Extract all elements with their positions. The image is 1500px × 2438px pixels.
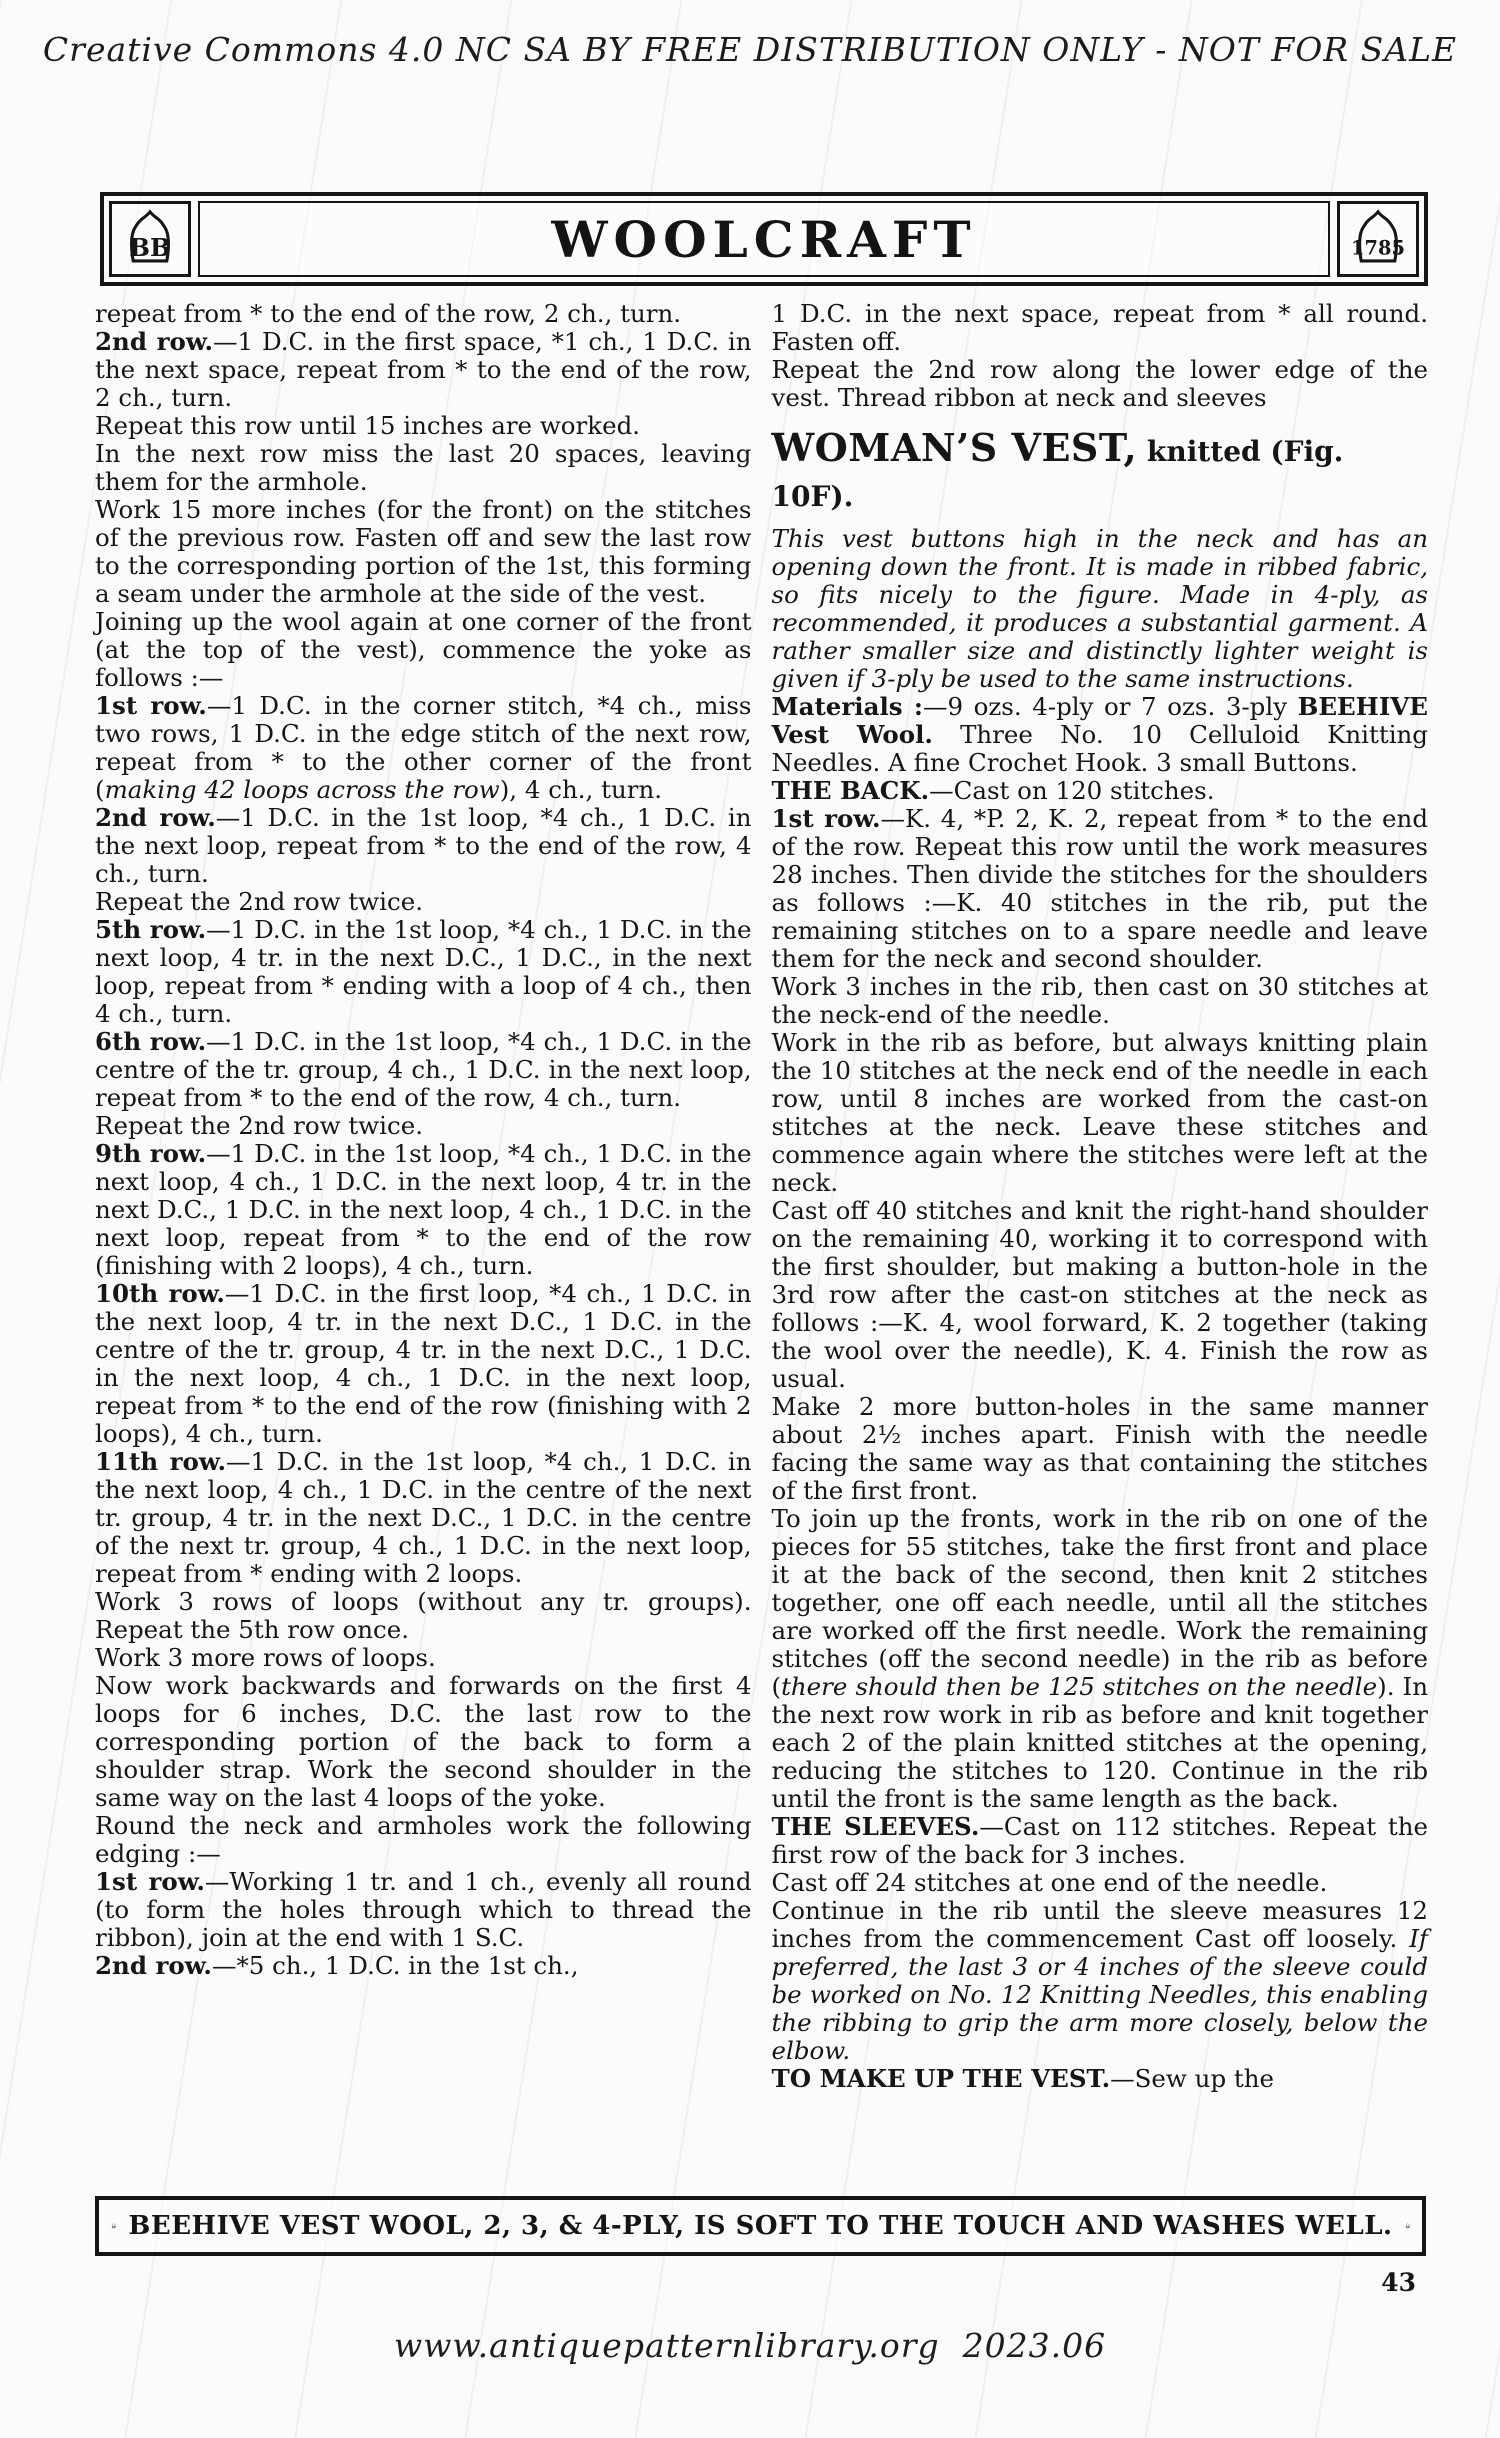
text-segment: ), 4 ch., turn. bbox=[500, 775, 662, 804]
text-segment: Work 15 more inches (for the front) on t… bbox=[95, 495, 752, 608]
paragraph: In the next row miss the last 20 spaces,… bbox=[95, 440, 752, 496]
paragraph: Work in the rib as before, but always kn… bbox=[772, 1029, 1429, 1197]
paragraph: Work 3 rows of loops (without any tr. gr… bbox=[95, 1588, 752, 1644]
text-segment: making 42 loops across the row bbox=[105, 775, 500, 804]
text-segment: Cast off 24 stitches at one end of the n… bbox=[772, 1868, 1328, 1897]
page-title: WOOLCRAFT bbox=[551, 210, 976, 269]
text-segment: Repeat the 2nd row along the lower edge … bbox=[772, 355, 1429, 412]
masthead: BB WOOLCRAFT 1785 bbox=[100, 192, 1428, 286]
text-segment: Continue in the rib until the sleeve mea… bbox=[772, 1896, 1429, 1953]
text-segment: 1st row. bbox=[95, 691, 207, 720]
masthead-title-cell: WOOLCRAFT bbox=[198, 201, 1330, 277]
paragraph: 9th row.—1 D.C. in the 1st loop, *4 ch.,… bbox=[95, 1140, 752, 1280]
text-segment: 1st row. bbox=[95, 1867, 205, 1896]
beehive-bb-logo-icon: BB bbox=[119, 208, 181, 270]
text-segment: Work in the rib as before, but always kn… bbox=[772, 1028, 1429, 1197]
text-segment: Joining up the wool again at one corner … bbox=[95, 607, 752, 692]
text-segment: 1 D.C. in the next space, repeat from * … bbox=[772, 299, 1429, 356]
paragraph: 10th row.—1 D.C. in the first loop, *4 c… bbox=[95, 1280, 752, 1448]
paragraph: Repeat the 2nd row along the lower edge … bbox=[772, 356, 1429, 412]
page-number: 43 bbox=[1381, 2268, 1416, 2297]
text-segment: Now work backwards and forwards on the f… bbox=[95, 1671, 752, 1812]
text-segment: Repeat the 2nd row twice. bbox=[95, 887, 423, 916]
text-segment: —Sew up the bbox=[1110, 2064, 1274, 2093]
text-segment: repeat from * to the end of the row, 2 c… bbox=[95, 299, 681, 328]
scanned-book-page: { "header": { "cc_notice": "Creative Com… bbox=[0, 0, 1500, 2438]
text-segment: Materials : bbox=[772, 692, 923, 721]
paragraph: THE BACK.—Cast on 120 stitches. bbox=[772, 777, 1429, 805]
page-body: repeat from * to the end of the row, 2 c… bbox=[95, 300, 1428, 2093]
svg-text:BB: BB bbox=[112, 2226, 116, 2228]
paragraph: Continue in the rib until the sleeve mea… bbox=[772, 1897, 1429, 2065]
paragraph: Repeat the 2nd row twice. bbox=[95, 1112, 752, 1140]
paragraph: repeat from * to the end of the row, 2 c… bbox=[95, 300, 752, 328]
paragraph: Work 15 more inches (for the front) on t… bbox=[95, 496, 752, 608]
text-segment: In the next row miss the last 20 spaces,… bbox=[95, 439, 752, 496]
paragraph: Joining up the wool again at one corner … bbox=[95, 608, 752, 692]
paragraph: 1st row.—1 D.C. in the corner stitch, *4… bbox=[95, 692, 752, 804]
text-segment: there should then be 125 stitches on the… bbox=[781, 1672, 1377, 1701]
paragraph: 2nd row.—*5 ch., 1 D.C. in the 1st ch., bbox=[95, 1952, 752, 1980]
text-segment: Work 3 inches in the rib, then cast on 3… bbox=[772, 972, 1429, 1029]
paragraph: To join up the fronts, work in the rib o… bbox=[772, 1505, 1429, 1813]
text-segment: 11th row. bbox=[95, 1447, 226, 1476]
text-segment: 2nd row. bbox=[95, 803, 216, 832]
left-column: repeat from * to the end of the row, 2 c… bbox=[95, 300, 752, 2093]
paragraph: Work 3 more rows of loops. bbox=[95, 1644, 752, 1672]
beehive-1785-logo: 1785 bbox=[1337, 201, 1419, 277]
text-segment: WOMAN’S VEST, bbox=[772, 425, 1138, 470]
beehive-bb-banner-icon-left: BB bbox=[111, 2206, 116, 2246]
beehive-banner: BB BEEHIVE VEST WOOL, 2, 3, & 4-PLY, IS … bbox=[95, 2196, 1426, 2256]
right-column: 1 D.C. in the next space, repeat from * … bbox=[772, 300, 1429, 2093]
paragraph: 11th row.—1 D.C. in the 1st loop, *4 ch.… bbox=[95, 1448, 752, 1588]
text-segment: Work 3 rows of loops (without any tr. gr… bbox=[95, 1587, 752, 1644]
text-segment: —*5 ch., 1 D.C. in the 1st ch., bbox=[212, 1951, 579, 1980]
text-segment: —Cast on 120 stitches. bbox=[929, 776, 1214, 805]
text-segment: 9th row. bbox=[95, 1139, 206, 1168]
beehive-1785-logo-icon: 1785 bbox=[1347, 208, 1409, 270]
banner-slogan: BEEHIVE VEST WOOL, 2, 3, & 4-PLY, IS SOF… bbox=[128, 2211, 1392, 2241]
text-segment: This vest buttons high in the neck and h… bbox=[772, 524, 1429, 693]
text-segment: Cast off 40 stitches and knit the right-… bbox=[772, 1196, 1429, 1393]
paragraph: 1st row.—Working 1 tr. and 1 ch., evenly… bbox=[95, 1868, 752, 1952]
paragraph: Round the neck and armholes work the fol… bbox=[95, 1812, 752, 1868]
archive-credit: www.antiquepatternlibrary.org 2023.06 bbox=[0, 2326, 1500, 2365]
paragraph: Work 3 inches in the rib, then cast on 3… bbox=[772, 973, 1429, 1029]
text-segment: TO MAKE UP THE VEST. bbox=[772, 2064, 1111, 2093]
text-segment: Make 2 more button-holes in the same man… bbox=[772, 1392, 1429, 1505]
paragraph: THE SLEEVES.—Cast on 112 stitches. Repea… bbox=[772, 1813, 1429, 1869]
paragraph: 2nd row.—1 D.C. in the first space, *1 c… bbox=[95, 328, 752, 412]
paragraph: Repeat the 2nd row twice. bbox=[95, 888, 752, 916]
paragraph: Materials :—9 ozs. 4-ply or 7 ozs. 3-ply… bbox=[772, 693, 1429, 777]
text-segment: 10th row. bbox=[95, 1279, 225, 1308]
text-segment: THE SLEEVES. bbox=[772, 1812, 980, 1841]
svg-text:BB: BB bbox=[129, 233, 170, 262]
text-segment: Work 3 more rows of loops. bbox=[95, 1643, 436, 1672]
paragraph: 6th row.—1 D.C. in the 1st loop, *4 ch.,… bbox=[95, 1028, 752, 1112]
beehive-bb-logo: BB bbox=[109, 201, 191, 277]
paragraph: 1 D.C. in the next space, repeat from * … bbox=[772, 300, 1429, 356]
svg-text:1785: 1785 bbox=[1351, 237, 1405, 260]
cc-distribution-notice: Creative Commons 4.0 NC SA BY FREE DISTR… bbox=[0, 30, 1500, 69]
svg-text:BB: BB bbox=[1406, 2226, 1410, 2228]
paragraph: Now work backwards and forwards on the f… bbox=[95, 1672, 752, 1812]
text-segment: —9 ozs. 4-ply or 7 ozs. 3-ply bbox=[923, 692, 1298, 721]
text-segment: 2nd row. bbox=[95, 1951, 212, 1980]
beehive-bb-banner-icon-right: BB bbox=[1405, 2206, 1410, 2246]
text-segment: Repeat this row until 15 inches are work… bbox=[95, 411, 640, 440]
paragraph: Repeat this row until 15 inches are work… bbox=[95, 412, 752, 440]
text-segment: THE BACK. bbox=[772, 776, 930, 805]
text-segment: Repeat the 2nd row twice. bbox=[95, 1111, 423, 1140]
paragraph: 2nd row.—1 D.C. in the 1st loop, *4 ch.,… bbox=[95, 804, 752, 888]
text-segment: 6th row. bbox=[95, 1027, 206, 1056]
paragraph: TO MAKE UP THE VEST.—Sew up the bbox=[772, 2065, 1429, 2093]
paragraph: 1st row.—K. 4, *P. 2, K. 2, repeat from … bbox=[772, 805, 1429, 973]
paragraph: Cast off 24 stitches at one end of the n… bbox=[772, 1869, 1429, 1897]
text-segment: 5th row. bbox=[95, 915, 206, 944]
text-segment: 2nd row. bbox=[95, 327, 213, 356]
section-heading: WOMAN’S VEST, knitted (Fig. 10F). bbox=[772, 426, 1429, 520]
paragraph: 5th row.—1 D.C. in the 1st loop, *4 ch.,… bbox=[95, 916, 752, 1028]
text-segment: 1st row. bbox=[772, 804, 881, 833]
paragraph: This vest buttons high in the neck and h… bbox=[772, 525, 1429, 693]
paragraph: Make 2 more button-holes in the same man… bbox=[772, 1393, 1429, 1505]
text-segment: Round the neck and armholes work the fol… bbox=[95, 1811, 752, 1868]
paragraph: Cast off 40 stitches and knit the right-… bbox=[772, 1197, 1429, 1393]
